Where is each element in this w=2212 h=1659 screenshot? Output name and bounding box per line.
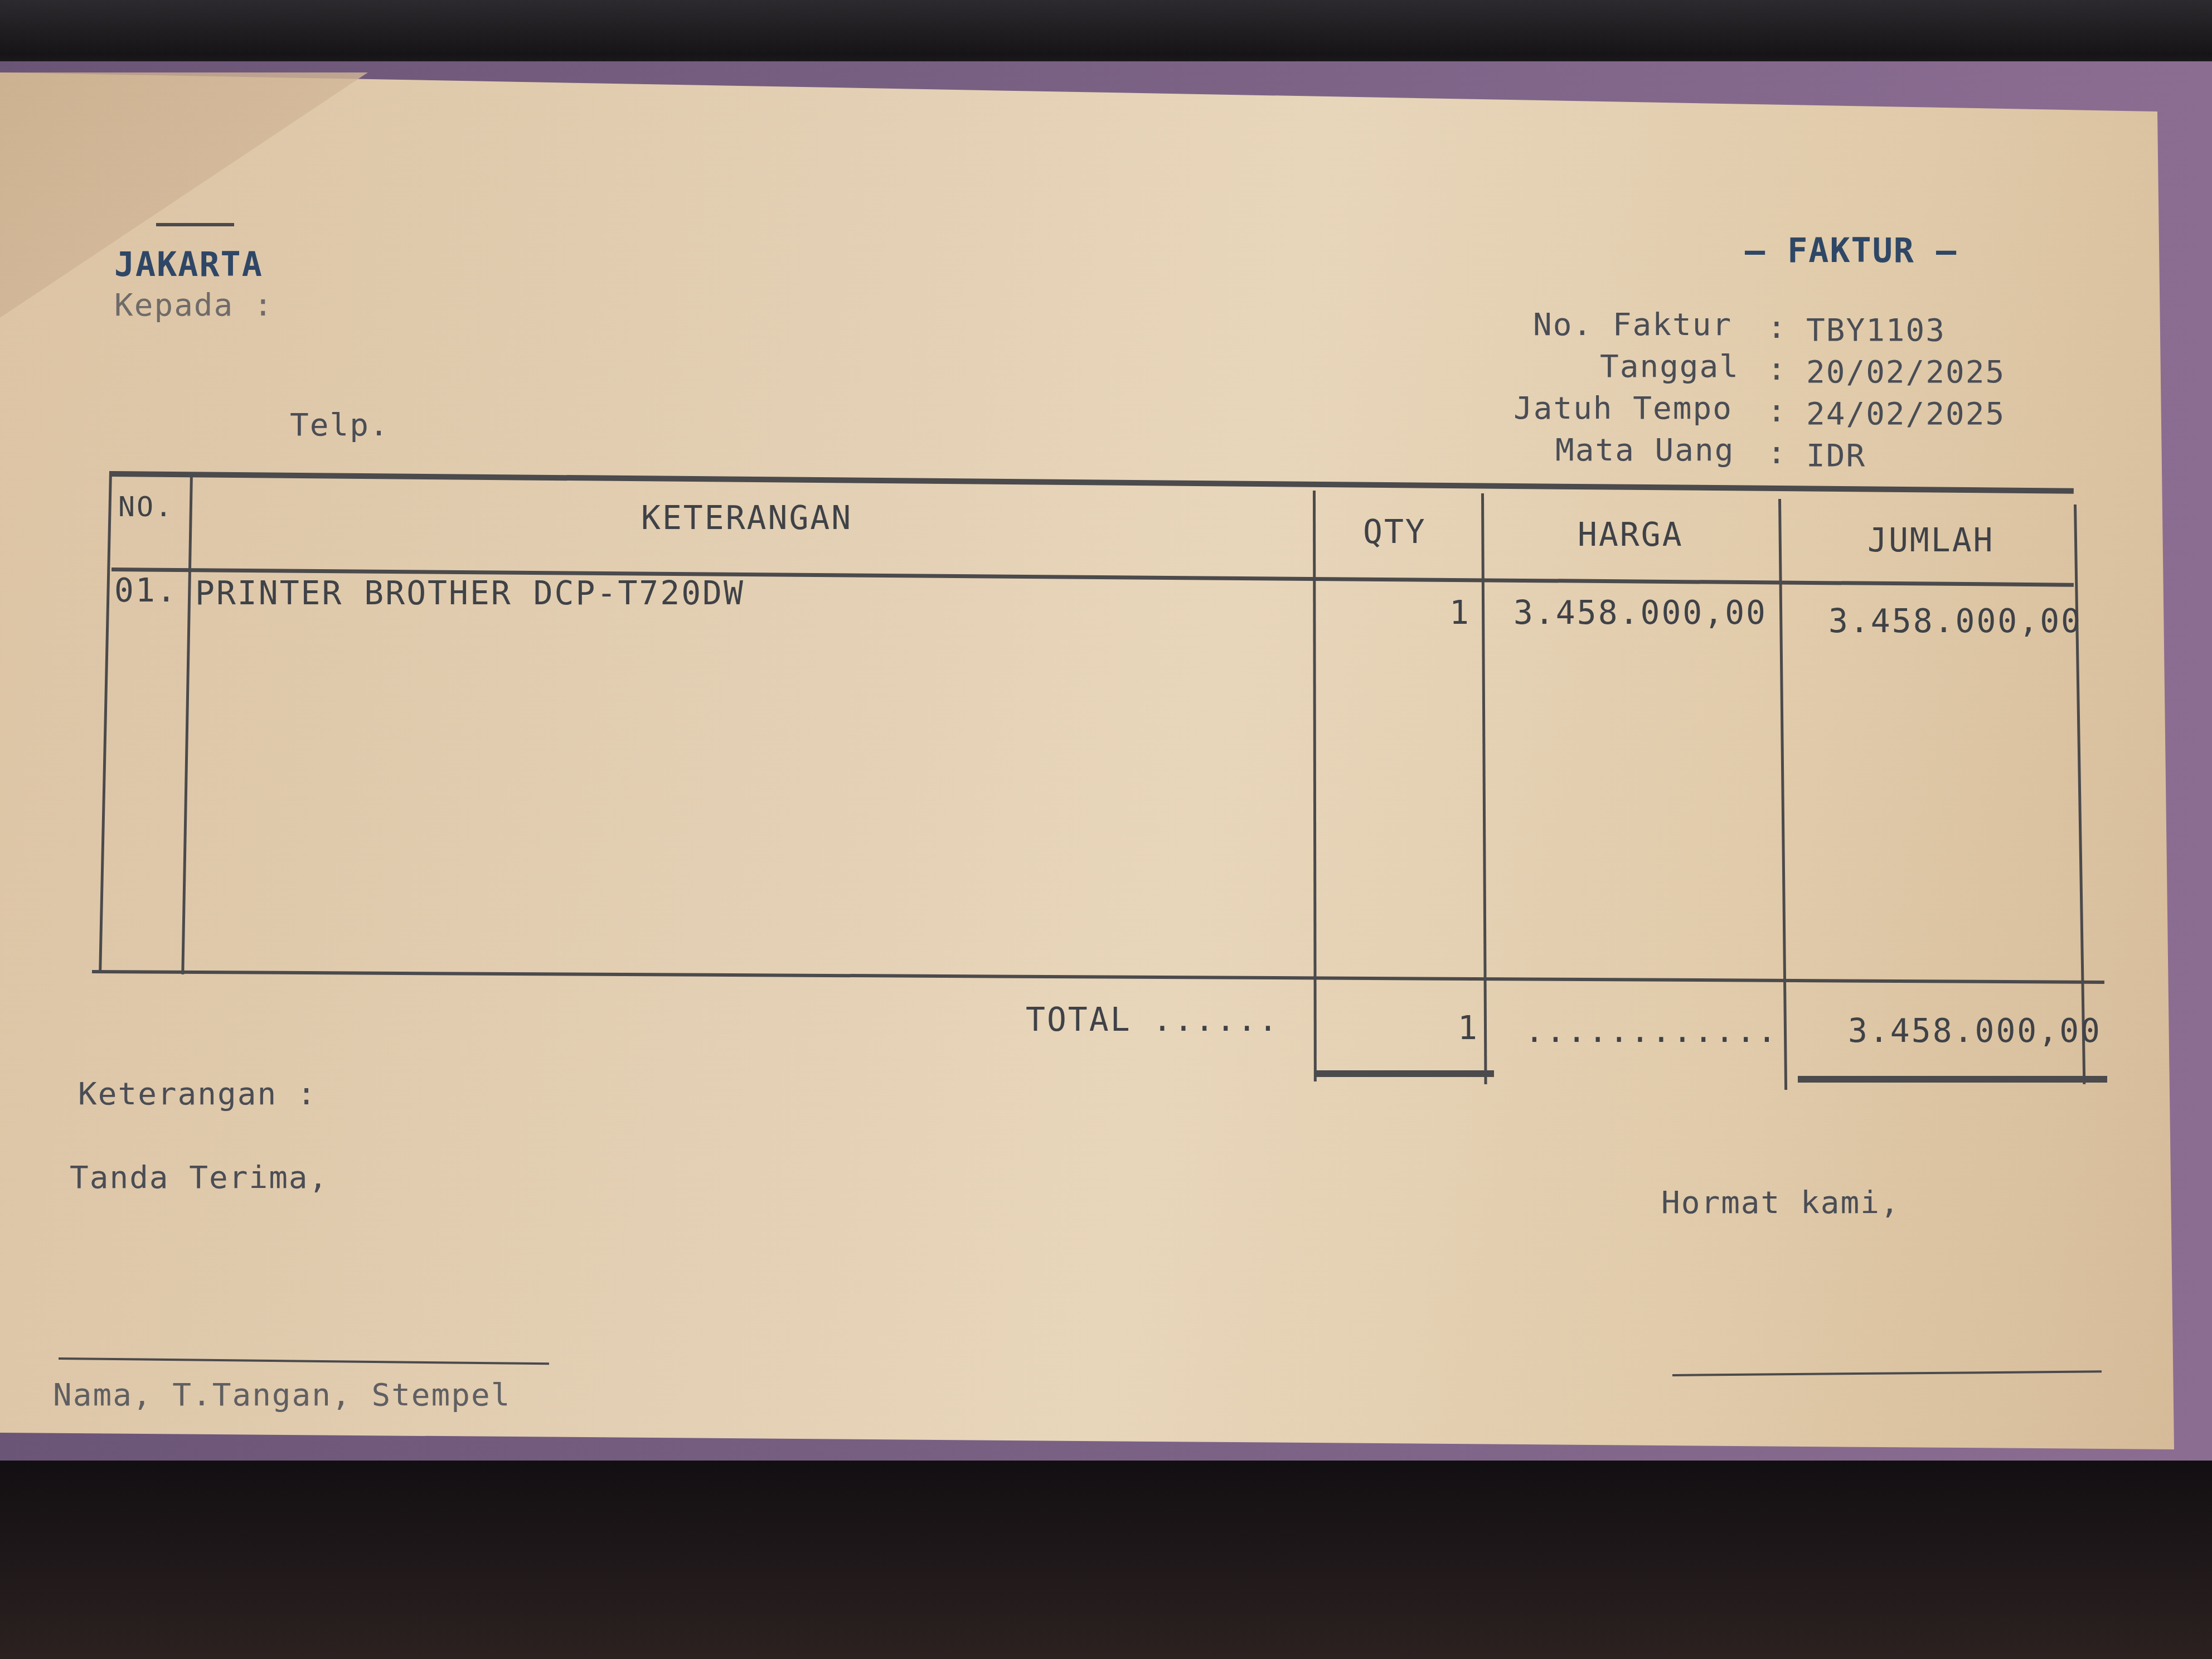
total-qty-underline xyxy=(1316,1070,1494,1077)
background-bottom xyxy=(0,1461,2212,1659)
meta-value-invoice-no: TBY1103 xyxy=(1806,312,1946,348)
row-amount: 3.458.000,00 xyxy=(1828,602,2082,640)
meta-label-invoice-no: No. Faktur xyxy=(1533,307,1732,343)
invoice-paper xyxy=(0,72,2174,1461)
total-qty: 1 xyxy=(1458,1009,1479,1047)
total-amount: 3.458.000,00 xyxy=(1848,1012,2102,1050)
meta-label-due-date: Jatuh Tempo xyxy=(1514,390,1733,426)
total-dots: ............ xyxy=(1525,1012,1778,1050)
column-header-amount: JUMLAH xyxy=(1867,521,1995,559)
meta-sep: : xyxy=(1767,309,1787,346)
phone-label: Telp. xyxy=(290,407,390,443)
row-qty: 1 xyxy=(1449,594,1471,632)
notes-label: Keterangan : xyxy=(78,1076,317,1112)
meta-sep: : xyxy=(1767,351,1787,387)
total-amount-underline xyxy=(1798,1076,2107,1083)
column-header-price: HARGA xyxy=(1578,516,1684,554)
column-header-qty: QTY xyxy=(1363,513,1427,551)
meta-value-due-date: 24/02/2025 xyxy=(1806,396,2005,432)
recipient-label: Kepada : xyxy=(114,287,274,323)
row-description: PRINTER BROTHER DCP-T720DW xyxy=(195,574,745,612)
meta-value-date: 20/02/2025 xyxy=(1806,354,2005,390)
meta-sep: : xyxy=(1767,435,1787,471)
meta-value-currency: IDR xyxy=(1806,438,1866,474)
meta-label-currency: Mata Uang xyxy=(1555,432,1734,468)
received-by-label: Tanda Terima, xyxy=(70,1160,328,1196)
company-city: JAKARTA xyxy=(114,245,263,284)
row-no: 01. xyxy=(114,571,178,609)
total-label: TOTAL ...... xyxy=(1026,1001,1279,1039)
row-price: 3.458.000,00 xyxy=(1514,594,1767,632)
document-title: — FAKTUR — xyxy=(1745,231,1957,270)
header-rule xyxy=(156,223,234,226)
column-header-no: NO. xyxy=(118,491,173,523)
column-header-description: KETERANGAN xyxy=(641,499,852,537)
signature-caption: Nama, T.Tangan, Stempel xyxy=(53,1377,511,1413)
meta-sep: : xyxy=(1767,393,1787,429)
meta-label-date: Tanggal xyxy=(1600,348,1739,385)
regards-label: Hormat kami, xyxy=(1661,1185,1900,1221)
